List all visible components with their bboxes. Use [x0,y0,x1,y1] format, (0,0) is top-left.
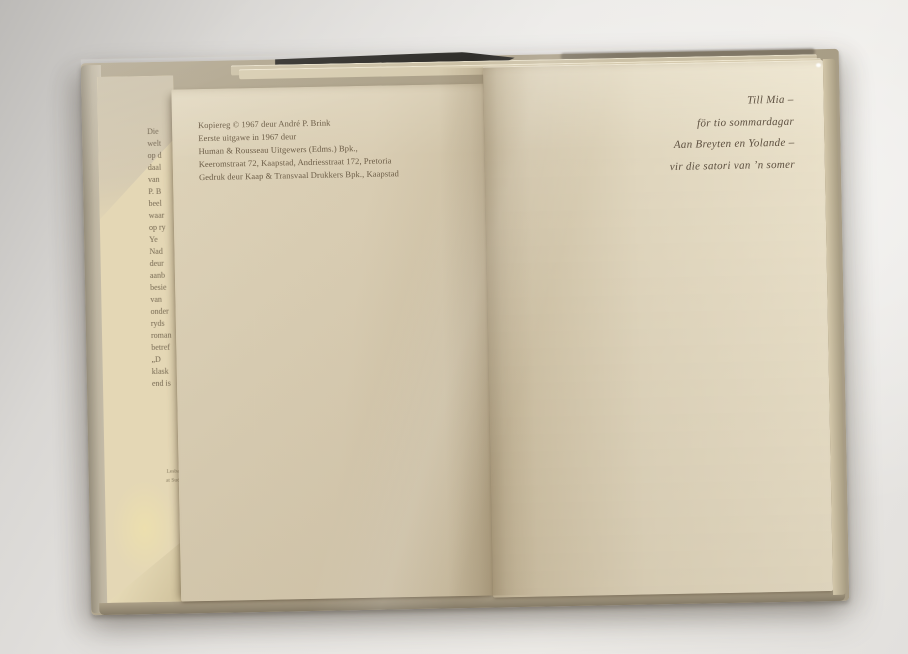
flap-blurb-fragment: „D [151,354,178,367]
flap-blurb-fragment: betref [151,342,178,355]
flap-blurb-fragment: deur [150,258,177,271]
flap-blurb-fragment: beel [148,198,175,211]
flap-blurb-fragment: welt [147,138,174,151]
dedication-line: vir die satori van ’n somer [670,154,796,178]
copyright-imprint-line: Gedruk deur Kaap & Transvaal Drukkers Bp… [199,167,399,184]
flap-blurb-fragment: besie [150,282,177,295]
dedication-line: Aan Breyten en Yolande – [669,133,795,157]
flap-blurb-fragment: op ry [149,222,176,235]
dedication-line: för tio sommardagar [669,111,795,135]
flap-blurb-fragment: roman [151,330,178,343]
flap-blurb-fragment: op d [147,150,174,163]
flap-blurb-fragment: van [148,174,175,187]
flap-blurb-fragment: Die [147,126,174,139]
dedication-line: Till Mia – [668,90,794,114]
flap-small-print-fragments: Lesbaat Sud [148,468,180,487]
flap-blurb-fragment: van [150,294,177,307]
flap-blurb-fragment: ryds [151,318,178,331]
dedication-text: Till Mia –för tio sommardagarAan Breyten… [668,90,795,178]
flap-blurb-fragment: klask [152,366,179,379]
flap-blurb-fragment: daal [148,162,175,175]
dedication-page: Till Mia –för tio sommardagarAan Breyten… [483,60,833,597]
dust-jacket-flap: Dieweltop ddaalvanP. Bbeelwaarop ryYeNad… [97,76,183,603]
flap-blurb-fragment: aanb [150,270,177,283]
open-book: Dieweltop ddaalvanP. Bbeelwaarop ryYeNad… [81,45,850,615]
flap-small-print-fragment: at Sud [148,477,180,487]
copyright-page: Kopiereg © 1967 deur André P. BrinkEerst… [171,84,493,602]
flap-blurb-fragment: waar [149,210,176,223]
flap-blurb-fragment: onder [150,306,177,319]
flap-blurb-fragment: Nad [149,246,176,259]
photo-background: Dieweltop ddaalvanP. Bbeelwaarop ryYeNad… [0,0,908,654]
flap-blurb-fragment: end is [152,378,179,391]
copyright-imprint-text: Kopiereg © 1967 deur André P. BrinkEerst… [198,115,399,184]
flap-blurb-fragment: Ye [149,234,176,247]
flap-blurb-fragment: P. B [148,186,175,199]
